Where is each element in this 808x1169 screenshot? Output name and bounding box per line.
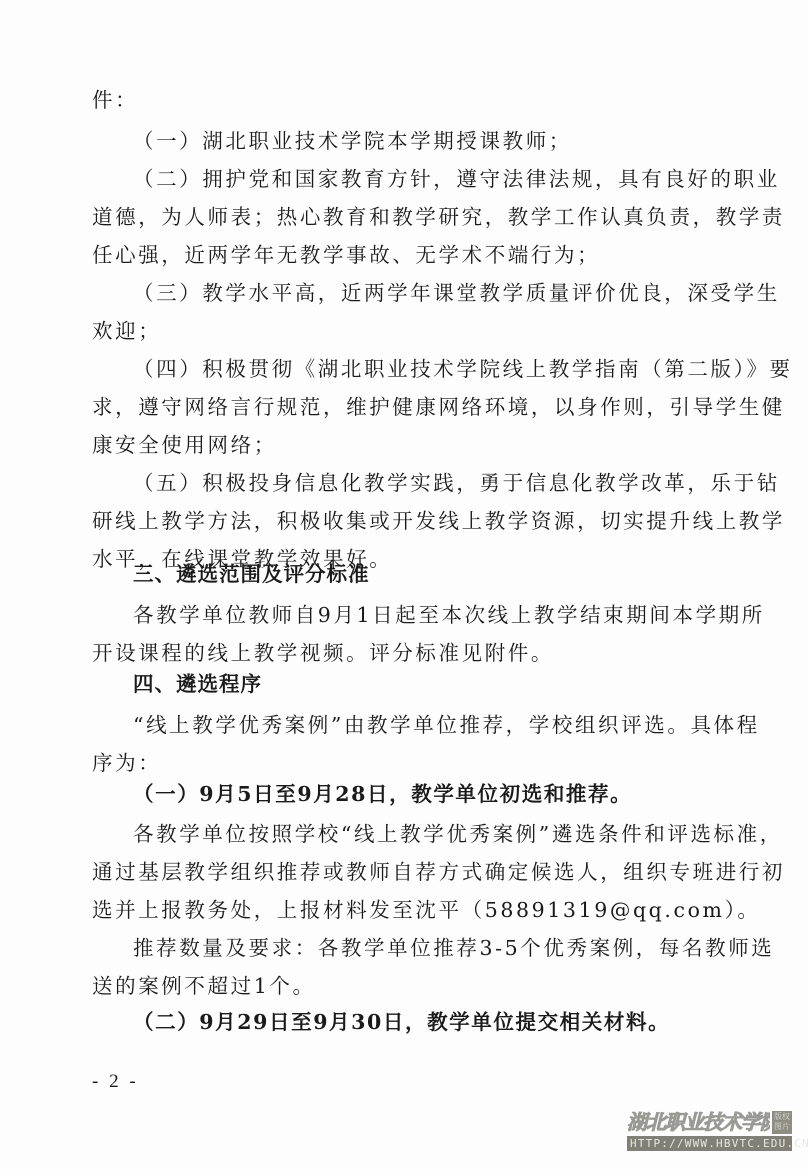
text-line: 欢迎；: [92, 317, 161, 345]
text-line: 通过基层教学组织推荐或教师自荐方式确定候选人，组织专班进行初: [92, 858, 785, 886]
text-line: 推荐数量及要求：各教学单位推荐3-5个优秀案例，每名教师选: [133, 934, 774, 962]
copyright-badge: 版权图片: [772, 1111, 792, 1134]
subsection-heading: （二）9月29日至9月30日，教学单位提交相关材料。: [133, 1008, 670, 1036]
text-line: （四）积极贯彻《湖北职业技术学院线上教学指南（第二版）》要: [133, 355, 793, 383]
text-line: （五）积极投身信息化教学实践，勇于信息化教学改革，乐于钻: [133, 469, 780, 497]
text-line: 各教学单位教师自9月1日起至本次线上教学结束期间本学期所: [133, 601, 765, 629]
text-line: （一）湖北职业技术学院本学期授课教师；: [133, 127, 572, 155]
section-heading: 三、遴选范围及评分标准: [133, 560, 370, 588]
text-line: 研线上教学方法，积极收集或开发线上教学资源，切实提升线上教学: [92, 507, 785, 535]
text-line: 序为：: [92, 749, 161, 777]
document-page: 件：（一）湖北职业技术学院本学期授课教师；（二）拥护党和国家教育方针，遵守法律法…: [0, 0, 808, 1169]
text-line: 道德，为人师表；热心教育和教学研究，教学工作认真负责，教学责: [92, 203, 785, 231]
text-line: （二）拥护党和国家教育方针，遵守法律法规，具有良好的职业: [133, 165, 780, 193]
section-heading: 四、遴选程序: [133, 670, 262, 698]
text-line: 送的案例不超过1个。: [92, 972, 316, 1000]
subsection-heading: （一）9月5日至9月28日，教学单位初选和推荐。: [133, 780, 632, 808]
text-line: 件：: [92, 86, 138, 114]
text-line: 开设课程的线上教学视频。评分标准见附件。: [92, 639, 554, 667]
text-line: 康安全使用网络；: [92, 431, 277, 459]
text-line: 各教学单位按照学校“线上教学优秀案例”遴选条件和评选标准，: [133, 820, 783, 848]
text-line: 任心强，近两学年无教学事故、无学术不端行为；: [92, 241, 600, 269]
watermark: 湖北职业技术学院 版权图片 HTTP://WWW.HBVTC.EDU.CN: [627, 1110, 792, 1151]
watermark-school-name: 湖北职业技术学院: [627, 1110, 770, 1134]
watermark-url: HTTP://WWW.HBVTC.EDU.CN: [627, 1136, 792, 1151]
text-line: （三）教学水平高，近两学年课堂教学质量评价优良，深受学生: [133, 279, 780, 307]
text-line: 选并上报教务处，上报材料发至沈平（58891319@qq.com）。: [92, 896, 761, 924]
text-line: “线上教学优秀案例”由教学单位推荐，学校组织评选。具体程: [133, 711, 760, 739]
page-number: - 2 -: [92, 1071, 139, 1093]
text-line: 求，遵守网络言行规范，维护健康网络环境，以身作则，引导学生健: [92, 393, 785, 421]
